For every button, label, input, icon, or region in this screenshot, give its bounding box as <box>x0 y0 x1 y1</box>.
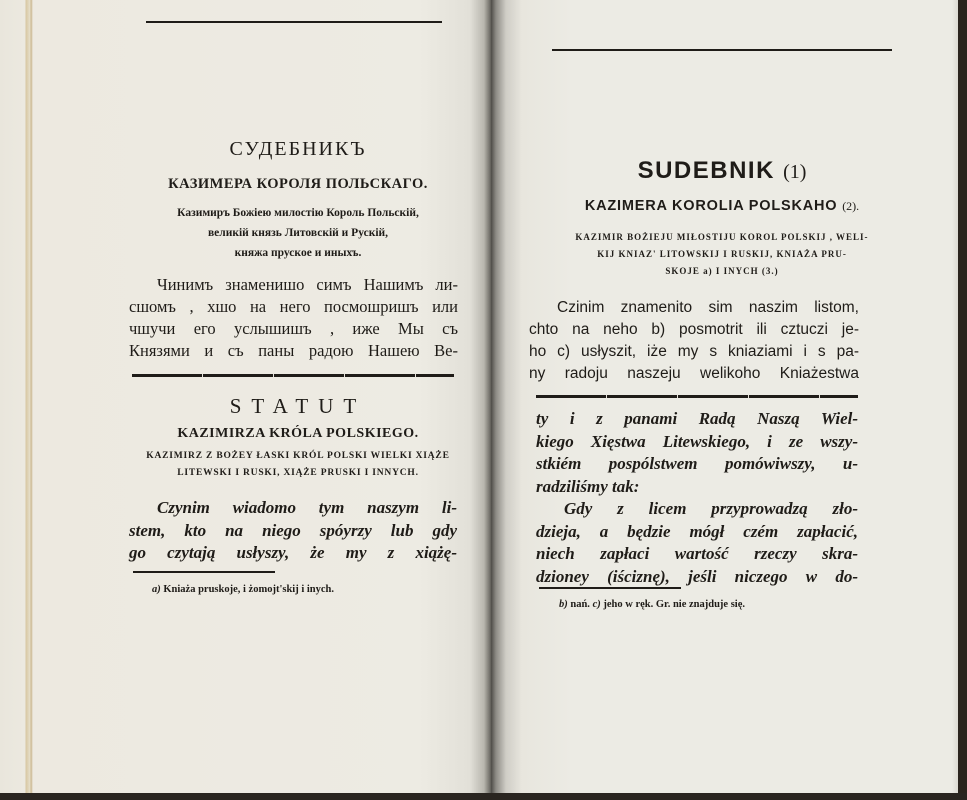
text-line: Czinim znamenito sim naszim listom, <box>529 297 859 319</box>
polish-intitulation: KAZIMIRZ Z BOŻEY ŁASKI KRÓL POLSKI WIELK… <box>120 448 476 482</box>
text-line: Gdy z licem przyprowadzą zło- <box>536 498 858 521</box>
russian-title: СУДЕБНИКЪ <box>120 138 476 161</box>
transliteration-title: SUDEBNIK (1) <box>522 157 922 185</box>
subtitle-text: KAZIMERA KOROLIA POLSKAHO <box>585 198 838 214</box>
intitulation-line: LITEWSKI I RUSKI, XIĄŻE PRUSKI I INNYCH. <box>120 465 476 482</box>
text-line: chto na neho b) posmotrit ili cztuczi je… <box>529 319 859 341</box>
text-line: Князями и съ паны радою Нашею Ве- <box>129 340 458 362</box>
footnote-bc: b) nań. c) jeho w ręk. Gr. nie znajduje … <box>559 599 745 610</box>
footnote-mark-c: c) <box>593 599 601 610</box>
footnote-mark-b: b) <box>559 599 568 610</box>
footnote-text-b: nań. <box>570 599 590 610</box>
russian-body: Чинимъ знаменишо симъ Нашимъ ли- сшомъ ,… <box>129 274 458 362</box>
text-line: ty i z panami Radą Naszą Wiel- <box>536 408 858 431</box>
section-divider <box>536 395 858 398</box>
text-line: ho c) usłyszit, iże my s kniaziami i s p… <box>529 341 859 363</box>
text-line: сшомъ , хшо на него посмошришъ или <box>129 296 458 318</box>
header-rule <box>146 21 442 23</box>
text-line: ny radoju naszeju welikoho Kniażestwa <box>529 363 859 385</box>
footnote-mark: a) <box>152 584 161 595</box>
transliteration-subtitle: KAZIMERA KOROLIA POLSKAHO (2). <box>522 198 922 214</box>
section-divider <box>132 374 454 377</box>
footnote-rule <box>539 587 681 589</box>
footnote-rule <box>133 571 275 573</box>
intitulation-line: KAZIMIRZ Z BOŻEY ŁASKI KRÓL POLSKI WIELK… <box>120 448 476 465</box>
header-rule <box>552 49 892 51</box>
title-footnote-ref: (1) <box>783 161 806 183</box>
text-line: dzioney (iściznę), jeśli niczego w do- <box>536 566 858 589</box>
book-edge <box>958 0 967 800</box>
intitulation-line: Казимиръ Божiею милостiю Король Польскiй… <box>120 203 476 223</box>
bottom-edge <box>0 793 967 800</box>
text-line: kiego Xięstwa Litewskiego, i ze wszy- <box>536 431 858 454</box>
text-line: Czynim wiadomo tym naszym li- <box>129 497 457 520</box>
intitulation-line: великiй князь Литовскiй и Рускiй, <box>120 223 476 243</box>
left-page: СУДЕБНИКЪ КАЗИМЕРА КОРОЛЯ ПОЛЬСКАГО. Каз… <box>0 0 492 793</box>
footnote-text-c: jeho w ręk. Gr. nie znajduje się. <box>603 599 745 610</box>
polish-title: STATUT <box>120 394 476 419</box>
intitulation-line: KAZIMIR BOŻIEJU MIŁOSTIJU KOROL POLSKIJ … <box>522 229 922 246</box>
intitulation-line: KIJ KNIAZ' LITOWSKIJ I RUSKIJ, KNIAŻA PR… <box>522 246 922 263</box>
polish-body: Czynim wiadomo tym naszym li- stem, kto … <box>129 497 457 565</box>
book-spread: СУДЕБНИКЪ КАЗИМЕРА КОРОЛЯ ПОЛЬСКАГО. Каз… <box>0 0 967 800</box>
text-line: go czytają usłyszy, że my z xiążę- <box>129 542 457 565</box>
text-line: niech zapłaci wartość rzeczy skra- <box>536 543 858 566</box>
transliteration-intitulation: KAZIMIR BOŻIEJU MIŁOSTIJU KOROL POLSKIJ … <box>522 229 922 280</box>
text-line: чшучи его услышишъ , иже Мы съ <box>129 318 458 340</box>
footnote-a: a) Kniaża pruskoje, i żomojt'skij i inyc… <box>152 584 334 595</box>
title-text: SUDEBNIK <box>638 157 775 184</box>
text-line: stkiém pospólstwem pomówiwszy, u- <box>536 453 858 476</box>
text-line: stem, kto na niego spóyrzy lub gdy <box>129 520 457 543</box>
intitulation-line: княжа прускoе и иныхъ. <box>120 243 476 263</box>
right-page: SUDEBNIK (1) KAZIMERA KOROLIA POLSKAHO (… <box>492 0 958 798</box>
transliteration-body: Czinim znamenito sim naszim listom, chto… <box>529 297 859 385</box>
text-line: radziliśmy tak: <box>536 476 858 499</box>
text-line: Чинимъ знаменишо симъ Нашимъ ли- <box>129 274 458 296</box>
russian-subtitle: КАЗИМЕРА КОРОЛЯ ПОЛЬСКАГО. <box>120 176 476 193</box>
polish-subtitle: KAZIMIRZA KRÓLA POLSKIEGO. <box>120 426 476 442</box>
text-line: dzieja, a będzie mógł czém zapłacić, <box>536 521 858 544</box>
subtitle-footnote-ref: (2). <box>842 199 859 213</box>
intitulation-line: SKOJE a) I INYCH (3.) <box>522 263 922 280</box>
footnote-text: Kniaża pruskoje, i żomojt'skij i inych. <box>163 584 334 595</box>
russian-intitulation: Казимиръ Божiею милостiю Король Польскiй… <box>120 203 476 263</box>
polish-continued-body: ty i z panami Radą Naszą Wiel- kiego Xię… <box>536 408 858 588</box>
